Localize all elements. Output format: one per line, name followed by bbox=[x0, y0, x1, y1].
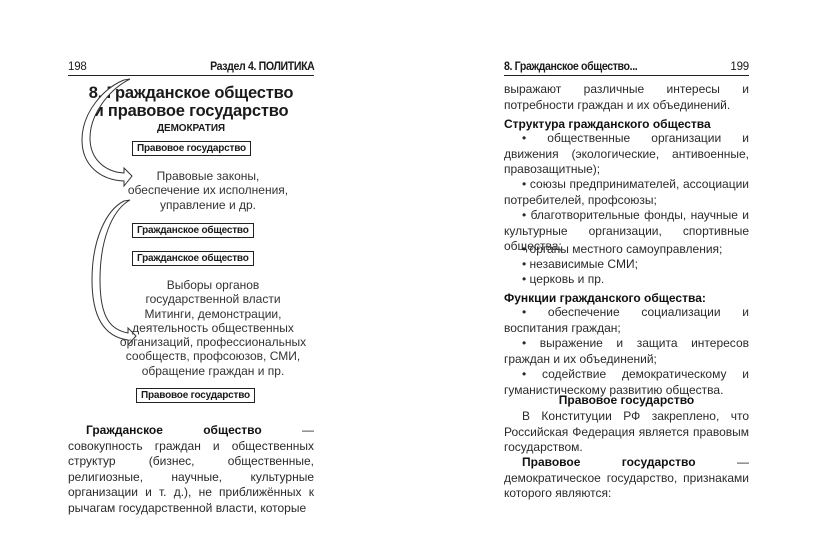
definition-term: Гражданское общество bbox=[86, 423, 262, 437]
item-text: общественные организации и движения (эко… bbox=[504, 131, 749, 176]
diagram-line: сообществ, профсоюзов, СМИ, bbox=[108, 349, 318, 363]
item-text: независимые СМИ; bbox=[530, 257, 638, 271]
box-civil-society-1: Гражданское общество bbox=[132, 223, 254, 238]
functions-heading: Функции гражданского общества: bbox=[504, 291, 749, 306]
rule-of-law-heading: Правовое государство bbox=[504, 393, 749, 407]
diagram-line: Митинги, демонстрации, bbox=[108, 307, 318, 321]
structure-heading: Структура гражданского общества bbox=[504, 117, 749, 132]
page-number: 199 bbox=[730, 60, 749, 75]
structure-item: • союзы предпринимателей, ассоциации пот… bbox=[504, 177, 749, 208]
item-text: выражение и защита интересов граждан и и… bbox=[504, 336, 749, 366]
diagram-line: обращение граждан и пр. bbox=[108, 364, 318, 378]
function-item: • обеспечение социализации и воспитания … bbox=[504, 305, 749, 336]
box-rule-of-law-2: Правовое государство bbox=[136, 388, 255, 403]
diagram-line: организаций, профессиональных bbox=[108, 335, 318, 349]
box-rule-of-law-1: Правовое государство bbox=[132, 141, 251, 156]
function-item: • выражение и защита интересов граждан и… bbox=[504, 336, 749, 367]
item-text: союзы предпринимателей, ассоциации потре… bbox=[504, 177, 749, 207]
structure-item: • церковь и пр. bbox=[504, 272, 749, 288]
item-text: церковь и пр. bbox=[530, 272, 605, 286]
structure-item: • независимые СМИ; bbox=[504, 257, 749, 273]
item-text: органы местного самоуправления; bbox=[530, 242, 723, 256]
diagram-line: обеспечение их исполнения, bbox=[108, 183, 308, 197]
diagram-line: Выборы органов bbox=[108, 278, 318, 292]
box-civil-society-2: Гражданское общество bbox=[132, 251, 254, 266]
diagram-line: государственной власти bbox=[108, 292, 318, 306]
definition-term: Правовое государство bbox=[522, 455, 696, 469]
diagram-text-2: Выборы органов государственной власти Ми… bbox=[108, 278, 318, 378]
structure-item: • общественные организации и движения (э… bbox=[504, 131, 749, 178]
running-head: 8. Гражданское общество... 199 bbox=[504, 59, 749, 76]
diagram-text-1: Правовые законы, обеспечение их исполнен… bbox=[108, 169, 308, 212]
constitution-paragraph: В Конституции РФ закреплено, что Российс… bbox=[504, 409, 749, 456]
diagram-line: Правовые законы, bbox=[108, 169, 308, 183]
structure-item: • органы местного самоуправления; bbox=[504, 242, 749, 258]
diagram-line: деятельность общественных bbox=[108, 321, 318, 335]
right-page: 8. Гражданское общество... 199 выражают … bbox=[504, 0, 749, 555]
left-page: 198 Раздел 4. ПОЛИТИКА 8. Гражданское об… bbox=[68, 0, 314, 555]
item-text: обеспечение социализации и воспитания гр… bbox=[504, 305, 749, 335]
section-title: 8. Гражданское общество... bbox=[504, 60, 637, 75]
rule-of-law-definition: Правовое государство — демократическое г… bbox=[504, 455, 749, 502]
diagram-line: управление и др. bbox=[108, 198, 308, 212]
continuation-text: выражают различные интересы и потребност… bbox=[504, 82, 749, 113]
definition-civil-society: Гражданское общество — совокупность граж… bbox=[68, 423, 314, 516]
